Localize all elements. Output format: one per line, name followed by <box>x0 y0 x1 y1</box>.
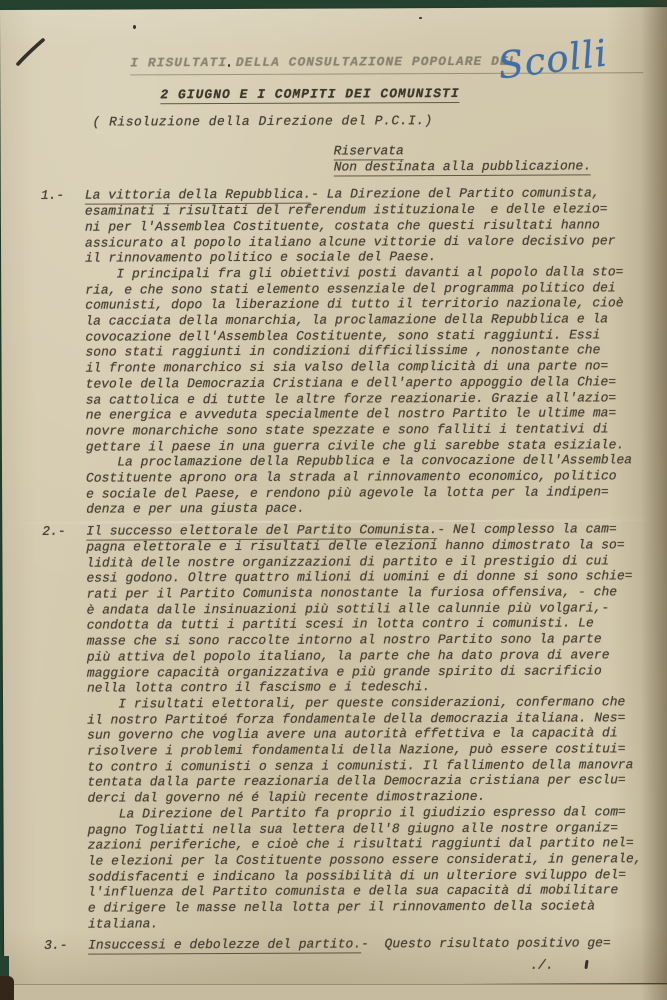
text-line: più attiva del popolo italiano, la parte… <box>87 647 646 665</box>
text-line: assicurato al popolo italiano alcune vit… <box>85 233 644 251</box>
text-line: maggiore capacità organizzativa e più gr… <box>87 663 646 681</box>
paragraph: 3.- Insuccessi e debolezze del partito.-… <box>44 936 647 954</box>
pen-stroke-mark <box>10 33 52 75</box>
text-line: La Direzione del Partito fa proprio il g… <box>87 804 646 822</box>
paragraph-number: 1.- <box>41 188 86 518</box>
text-line: ni per l'Assemblea Costituente, costata … <box>85 217 644 235</box>
paragraph-lines: pagna elettorale e i risultati delle ele… <box>86 537 647 932</box>
page-edge-dark-blotch <box>0 976 14 1000</box>
confidential-stamp: Riservata Non destinata alla pubblicazio… <box>334 142 644 175</box>
paragraphs: 1.- La vittoria della Repubblica.- La Di… <box>41 186 647 954</box>
text-line: I risultati elettorali, per queste consi… <box>87 694 646 712</box>
paragraph-body: Il successo elettorale del Partito Comun… <box>86 521 647 932</box>
page-edge-underlying-sheet <box>0 984 667 1000</box>
paragraph-lead-rest: - Questo risultato positivo ge= <box>361 936 611 952</box>
paragraph-lead-rest: - Nel complesso la cam= <box>437 521 617 537</box>
text-line: le elezioni per la Costituente possono e… <box>88 851 647 869</box>
paragraph-lines: esaminati i risultati del referendum ist… <box>85 201 645 517</box>
paragraph-body: La vittoria della Repubblica.- La Direzi… <box>85 186 645 518</box>
text-line: denza e per una giusta pace. <box>86 500 645 518</box>
paragraph: 2.- Il successo elettorale del Partito C… <box>42 521 647 932</box>
paper-sheet: I RISULTATI DELLA CONSULTAZIONE POPOLARE… <box>0 7 667 986</box>
paragraph-lead-rest: - La Direzione del Partito comunista, <box>311 186 600 202</box>
text-line: I principali fra gli obiettivi posti dav… <box>85 264 644 282</box>
text-line: tevole della Democrazia Cristiana e dell… <box>86 374 645 392</box>
ink-speck <box>228 64 230 67</box>
ink-speck <box>133 25 136 29</box>
paragraph-number: 2.- <box>42 524 88 932</box>
paragraph-number: 3.- <box>44 938 88 954</box>
document-title-line2: 2 GIUGNO E I COMPITI DEI COMUNISTI <box>160 83 643 105</box>
text-line: italiana. <box>88 914 647 932</box>
confidential-line1: Riservata <box>334 142 644 159</box>
text-line: e sociale del Paese, e rendono più agevo… <box>86 484 645 502</box>
text-line: e dirigere le masse nella lotta per il r… <box>88 898 647 916</box>
paragraph-lead-line: Insuccessi e debolezze del partito.- Que… <box>88 936 647 954</box>
ink-speck <box>419 17 422 19</box>
paragraph: 1.- La vittoria della Repubblica.- La Di… <box>41 186 645 518</box>
paragraph-body: Insuccessi e debolezze del partito.- Que… <box>88 936 647 954</box>
document-subtitle: ( Risoluzione della Direzione del P.C.I.… <box>92 110 643 132</box>
text-line: tentata dalla parte reazionaria della De… <box>87 773 646 791</box>
text-line: pagna elettorale e i risultati delle ele… <box>86 537 645 555</box>
confidential-line2: Non destinata alla pubblicazione. <box>334 158 644 175</box>
footer-continuation-mark: ./. <box>530 957 647 974</box>
paragraph-heading: Insuccessi e debolezze del partito. <box>88 937 361 955</box>
scanned-document-page: { "page": { "annotation": "Scolli", "tit… <box>0 0 667 1000</box>
